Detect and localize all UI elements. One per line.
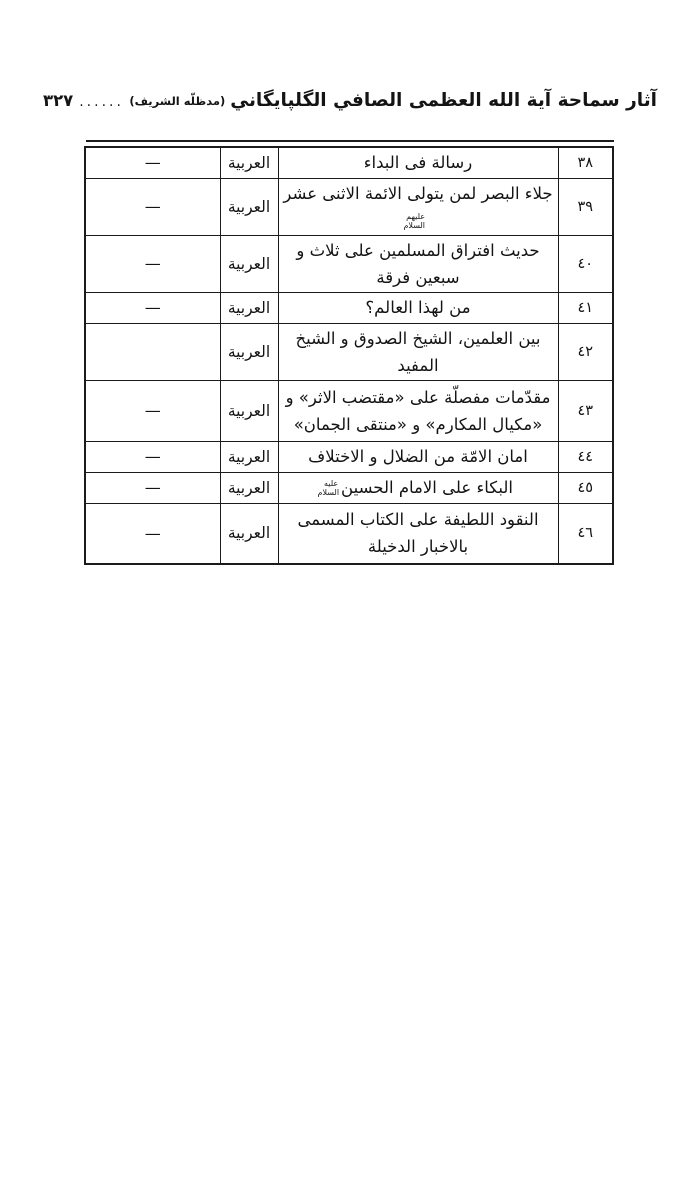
row-number-cell: ٤٥ (558, 472, 613, 503)
works-table: ٣٨ رسالة فى البداء العربية — ٣٩ جلاء الب… (84, 146, 614, 565)
book-title: آثار سماحة آية الله العظمى الصافي الگلپا… (230, 90, 657, 111)
language-cell: العربية (220, 503, 278, 564)
language-cell: العربية (220, 292, 278, 323)
row-number-cell: ٤١ (558, 292, 613, 323)
work-title-cell: مقدّمات مفصلّة على «مقتضب الاثر» و«مكيال… (278, 380, 558, 441)
work-title-line-1: النقود اللطيفة على الكتاب المسمى (283, 506, 554, 533)
book-page: آثار سماحة آية الله العظمى الصافي الگلپا… (0, 0, 700, 1181)
table-row: ٣٨ رسالة فى البداء العربية — (85, 147, 613, 178)
work-title-line-1: مقدّمات مفصلّة على «مقتضب الاثر» و (283, 384, 554, 411)
work-title-cell: رسالة فى البداء (278, 147, 558, 178)
table-row: ٣٩ جلاء البصر لمن يتولى الائمة الاثنى عش… (85, 178, 613, 235)
work-title-line-2: بالاخبار الدخيلة (283, 533, 554, 560)
language-cell: العربية (220, 323, 278, 380)
note-cell: — (85, 380, 220, 441)
work-title: رسالة فى البداء (364, 153, 472, 172)
note-cell (85, 323, 220, 380)
note-cell: — (85, 178, 220, 235)
table-row: ٤٦ النقود اللطيفة على الكتاب المسمىبالاخ… (85, 503, 613, 564)
language-cell: العربية (220, 235, 278, 292)
note-cell: — (85, 441, 220, 472)
table-top-rule (86, 140, 614, 142)
note-cell: — (85, 472, 220, 503)
language-cell: العربية (220, 178, 278, 235)
work-title-cell: جلاء البصر لمن يتولى الائمة الاثنى عشرعل… (278, 178, 558, 235)
note-cell: — (85, 292, 220, 323)
work-title-cell: البكاء على الامام الحسينعليه السلام (278, 472, 558, 503)
row-number-cell: ٣٨ (558, 147, 613, 178)
work-title-line-2: «مكيال المكارم» و «منتقى الجمان» (283, 411, 554, 438)
row-number-cell: ٤٣ (558, 380, 613, 441)
table-row: ٤٥ البكاء على الامام الحسينعليه السلام ا… (85, 472, 613, 503)
honorific-mark: عليهم السلام (409, 212, 425, 230)
work-title: البكاء على الامام الحسين (341, 478, 513, 497)
work-title: بين العلمين، الشيخ الصدوق و الشيخ المفيد (295, 329, 540, 375)
row-number-cell: ٣٩ (558, 178, 613, 235)
language-cell: العربية (220, 441, 278, 472)
dot-leader: ...................................... (79, 94, 123, 110)
work-title: جلاء البصر لمن يتولى الائمة الاثنى عشر (283, 184, 552, 203)
work-title-cell: بين العلمين، الشيخ الصدوق و الشيخ المفيد (278, 323, 558, 380)
work-title-cell: حديث افتراق المسلمين على ثلاث و سبعين فر… (278, 235, 558, 292)
table-row: ٤٣ مقدّمات مفصلّة على «مقتضب الاثر» و«مك… (85, 380, 613, 441)
table-row: ٤٠ حديث افتراق المسلمين على ثلاث و سبعين… (85, 235, 613, 292)
note-cell: — (85, 147, 220, 178)
work-title-cell: النقود اللطيفة على الكتاب المسمىبالاخبار… (278, 503, 558, 564)
row-number-cell: ٤٤ (558, 441, 613, 472)
table-row: ٤١ من لهذا العالم؟ العربية — (85, 292, 613, 323)
language-cell: العربية (220, 147, 278, 178)
work-title: حديث افتراق المسلمين على ثلاث و سبعين فر… (296, 241, 539, 287)
page-header: آثار سماحة آية الله العظمى الصافي الگلپا… (43, 90, 657, 111)
row-number-cell: ٤٢ (558, 323, 613, 380)
work-title: امان الامّة من الضلال و الاختلاف (308, 447, 528, 466)
honorific-paren: (مدظلّه الشريف) (129, 94, 225, 108)
page-number: ٣٢٧ (43, 91, 73, 110)
row-number-cell: ٤٠ (558, 235, 613, 292)
note-cell: — (85, 235, 220, 292)
honorific-mark: عليه السلام (323, 479, 339, 497)
row-number-cell: ٤٦ (558, 503, 613, 564)
table-row: ٤٤ امان الامّة من الضلال و الاختلاف العر… (85, 441, 613, 472)
language-cell: العربية (220, 380, 278, 441)
table-row: ٤٢ بين العلمين، الشيخ الصدوق و الشيخ الم… (85, 323, 613, 380)
work-title-cell: من لهذا العالم؟ (278, 292, 558, 323)
work-title: من لهذا العالم؟ (365, 298, 470, 317)
note-cell: — (85, 503, 220, 564)
language-cell: العربية (220, 472, 278, 503)
work-title-cell: امان الامّة من الضلال و الاختلاف (278, 441, 558, 472)
